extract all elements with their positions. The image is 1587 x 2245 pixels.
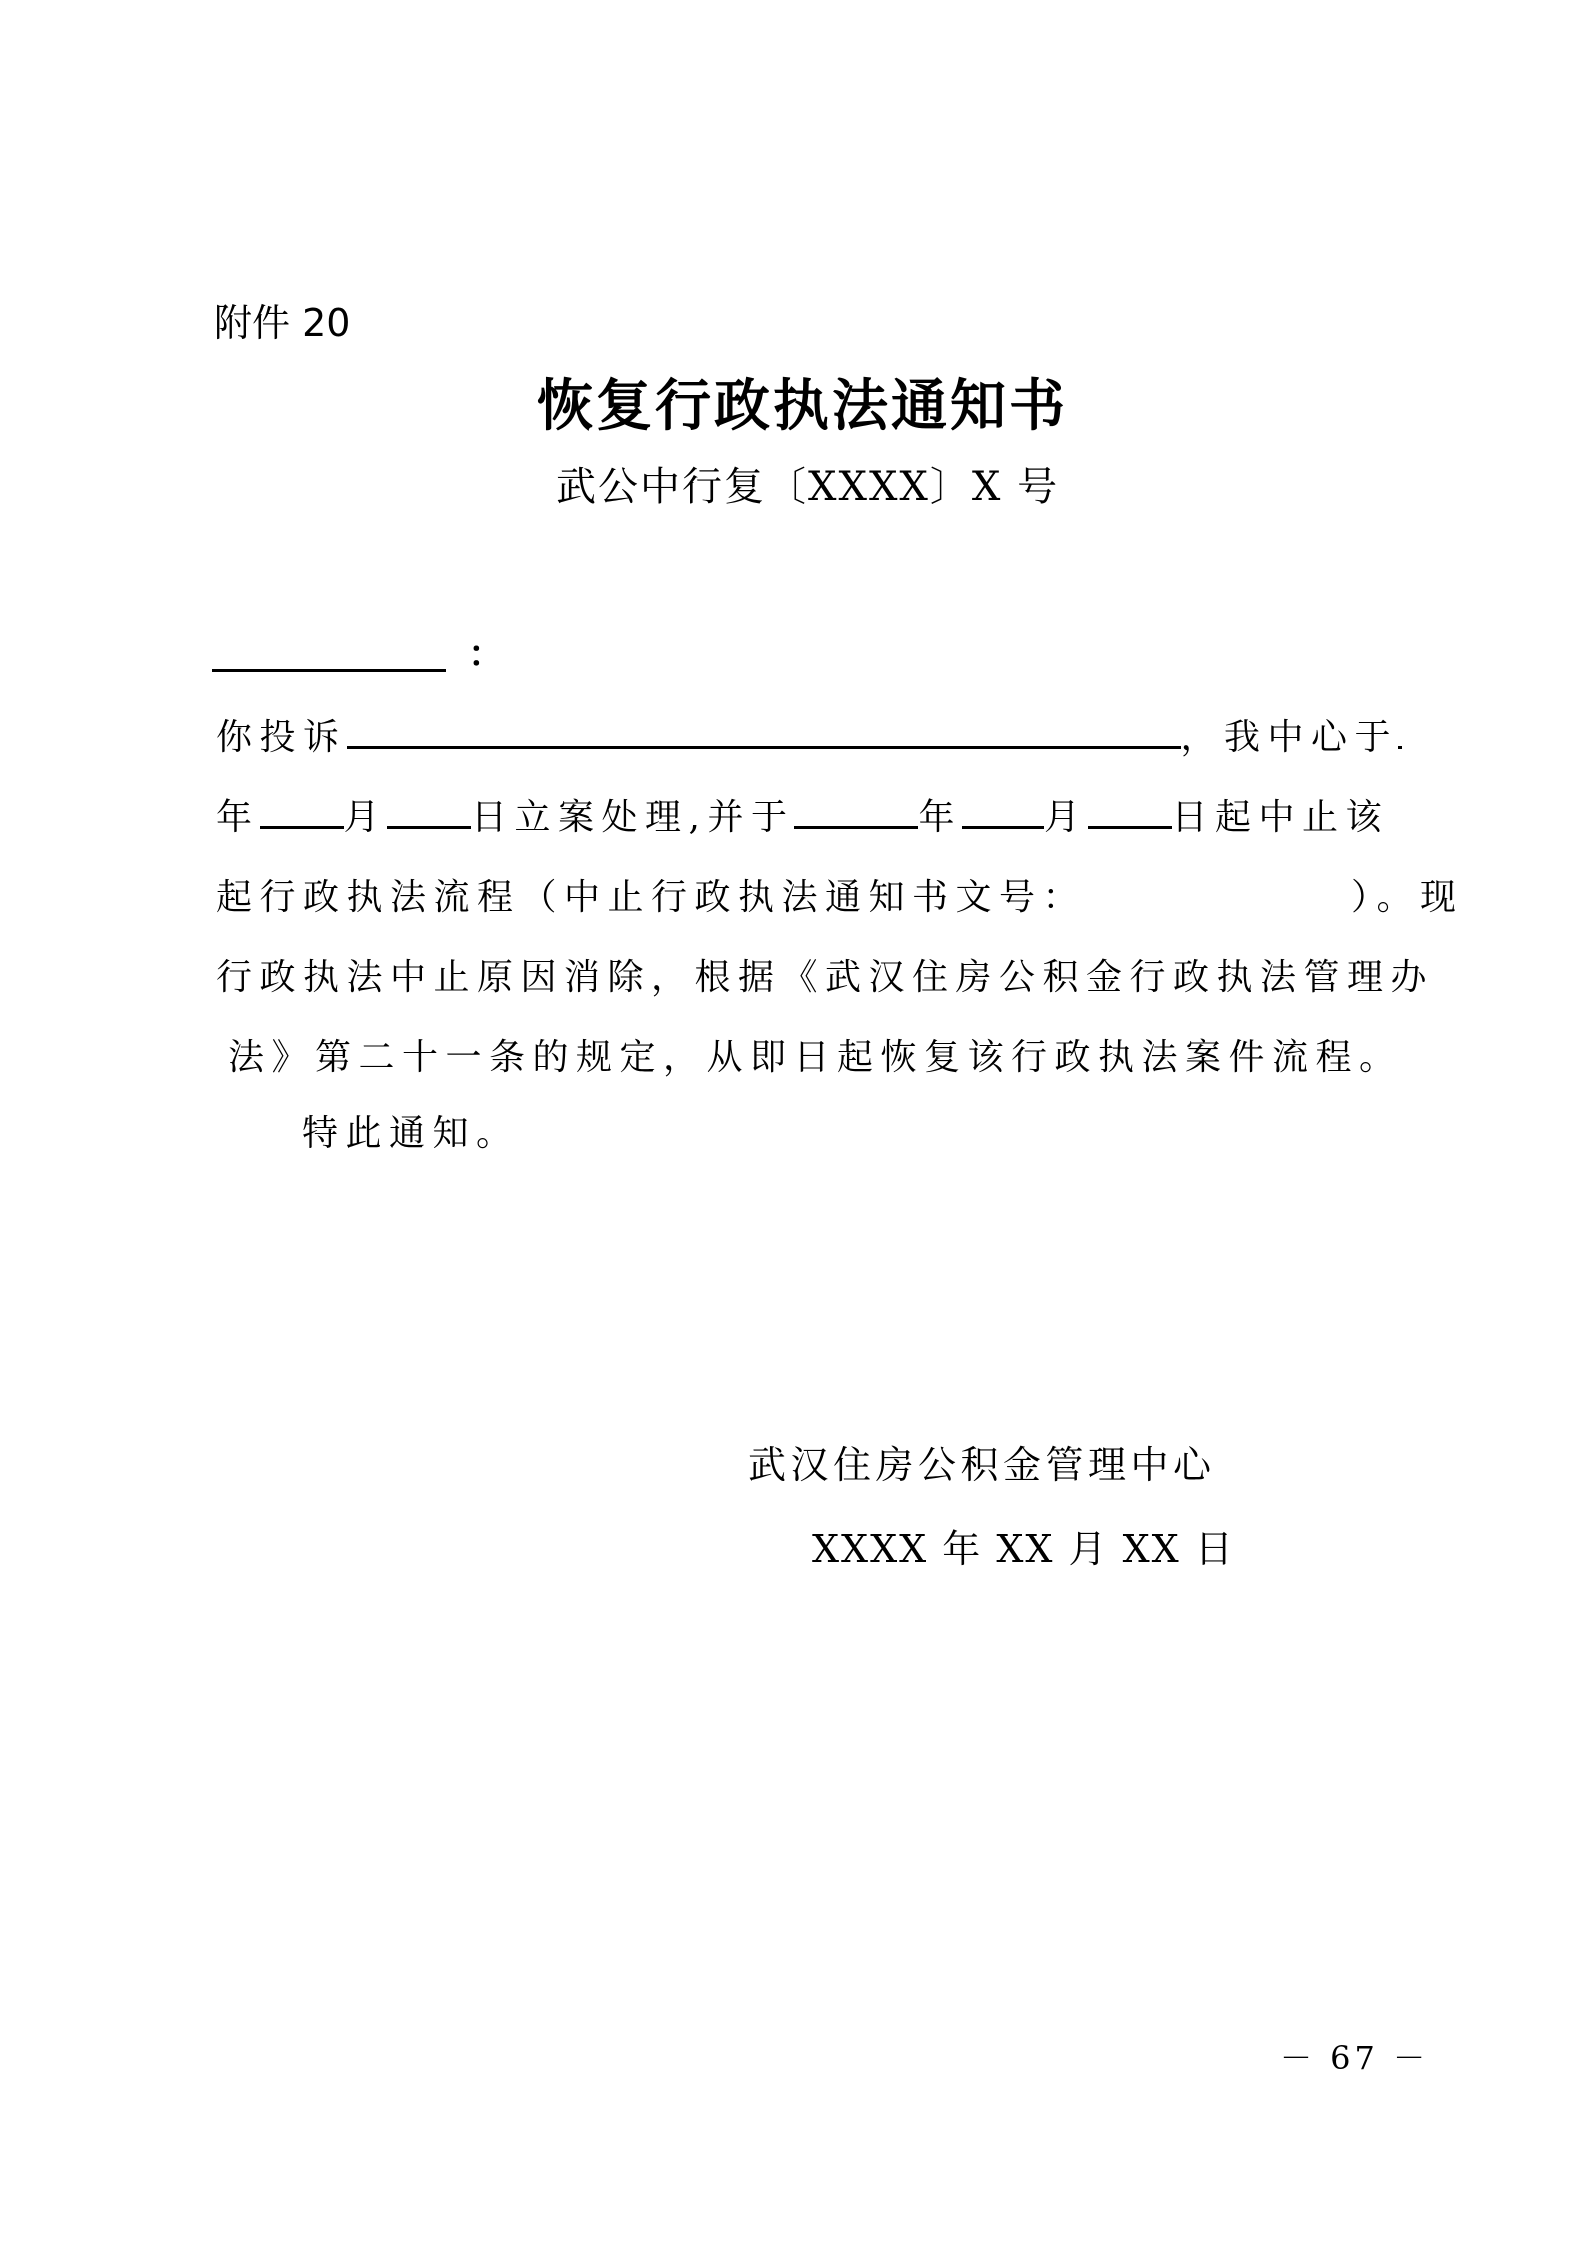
suspend-text: 日起中止该 [1172, 797, 1390, 838]
suspend-year-label: 年 [918, 797, 962, 838]
addressee-blank [212, 669, 446, 672]
month-label: 月 [344, 797, 388, 838]
month-blank [260, 796, 344, 829]
body-line-3: 起行政执法流程（中止行政执法通知书文号：）。现 [216, 874, 1464, 922]
body-line-2: 年月日立案处理,并于年月日起中止该 [216, 794, 1389, 842]
complaint-blank [347, 716, 1181, 749]
signature-organization: 武汉住房公积金管理中心 [748, 1440, 1216, 1490]
attachment-label: 附件 20 [214, 298, 350, 348]
complaint-suffix: ，我中心于 [1181, 717, 1399, 758]
trailing-blank-stub [1398, 716, 1402, 749]
year-label: 年 [216, 797, 260, 838]
signature-date: XXXX 年 XX 月 XX 日 [812, 1524, 1235, 1574]
complaint-prefix: 你投诉 [216, 717, 347, 758]
suspend-month-label: 月 [1044, 797, 1088, 838]
suspend-day-blank [1088, 796, 1172, 829]
page-number: － 67 － [1280, 2038, 1429, 2078]
document-number: 武公中行复〔XXXX〕X 号 [556, 462, 1059, 512]
addressee-colon: ： [468, 630, 504, 678]
body-line-1: 你投诉，我中心于 [216, 714, 1402, 762]
suspend-year-blank [794, 796, 918, 829]
body-line-5: 法》第二十一条的规定，从即日起恢复该行政执法案件流程。 [228, 1034, 1403, 1082]
day-blank [387, 796, 471, 829]
document-title: 恢复行政执法通知书 [537, 370, 1068, 442]
body-line-4: 行政执法中止原因消除，根据《武汉住房公积金行政执法管理办 [216, 954, 1434, 1002]
suspend-month-blank [962, 796, 1044, 829]
suspension-doc-text: 起行政执法流程（中止行政执法通知书文号： [216, 877, 1086, 918]
suspension-doc-suffix: ）。现 [1351, 877, 1464, 918]
filing-text: 日立案处理,并于 [471, 797, 794, 838]
closing-text: 特此通知。 [302, 1110, 520, 1158]
